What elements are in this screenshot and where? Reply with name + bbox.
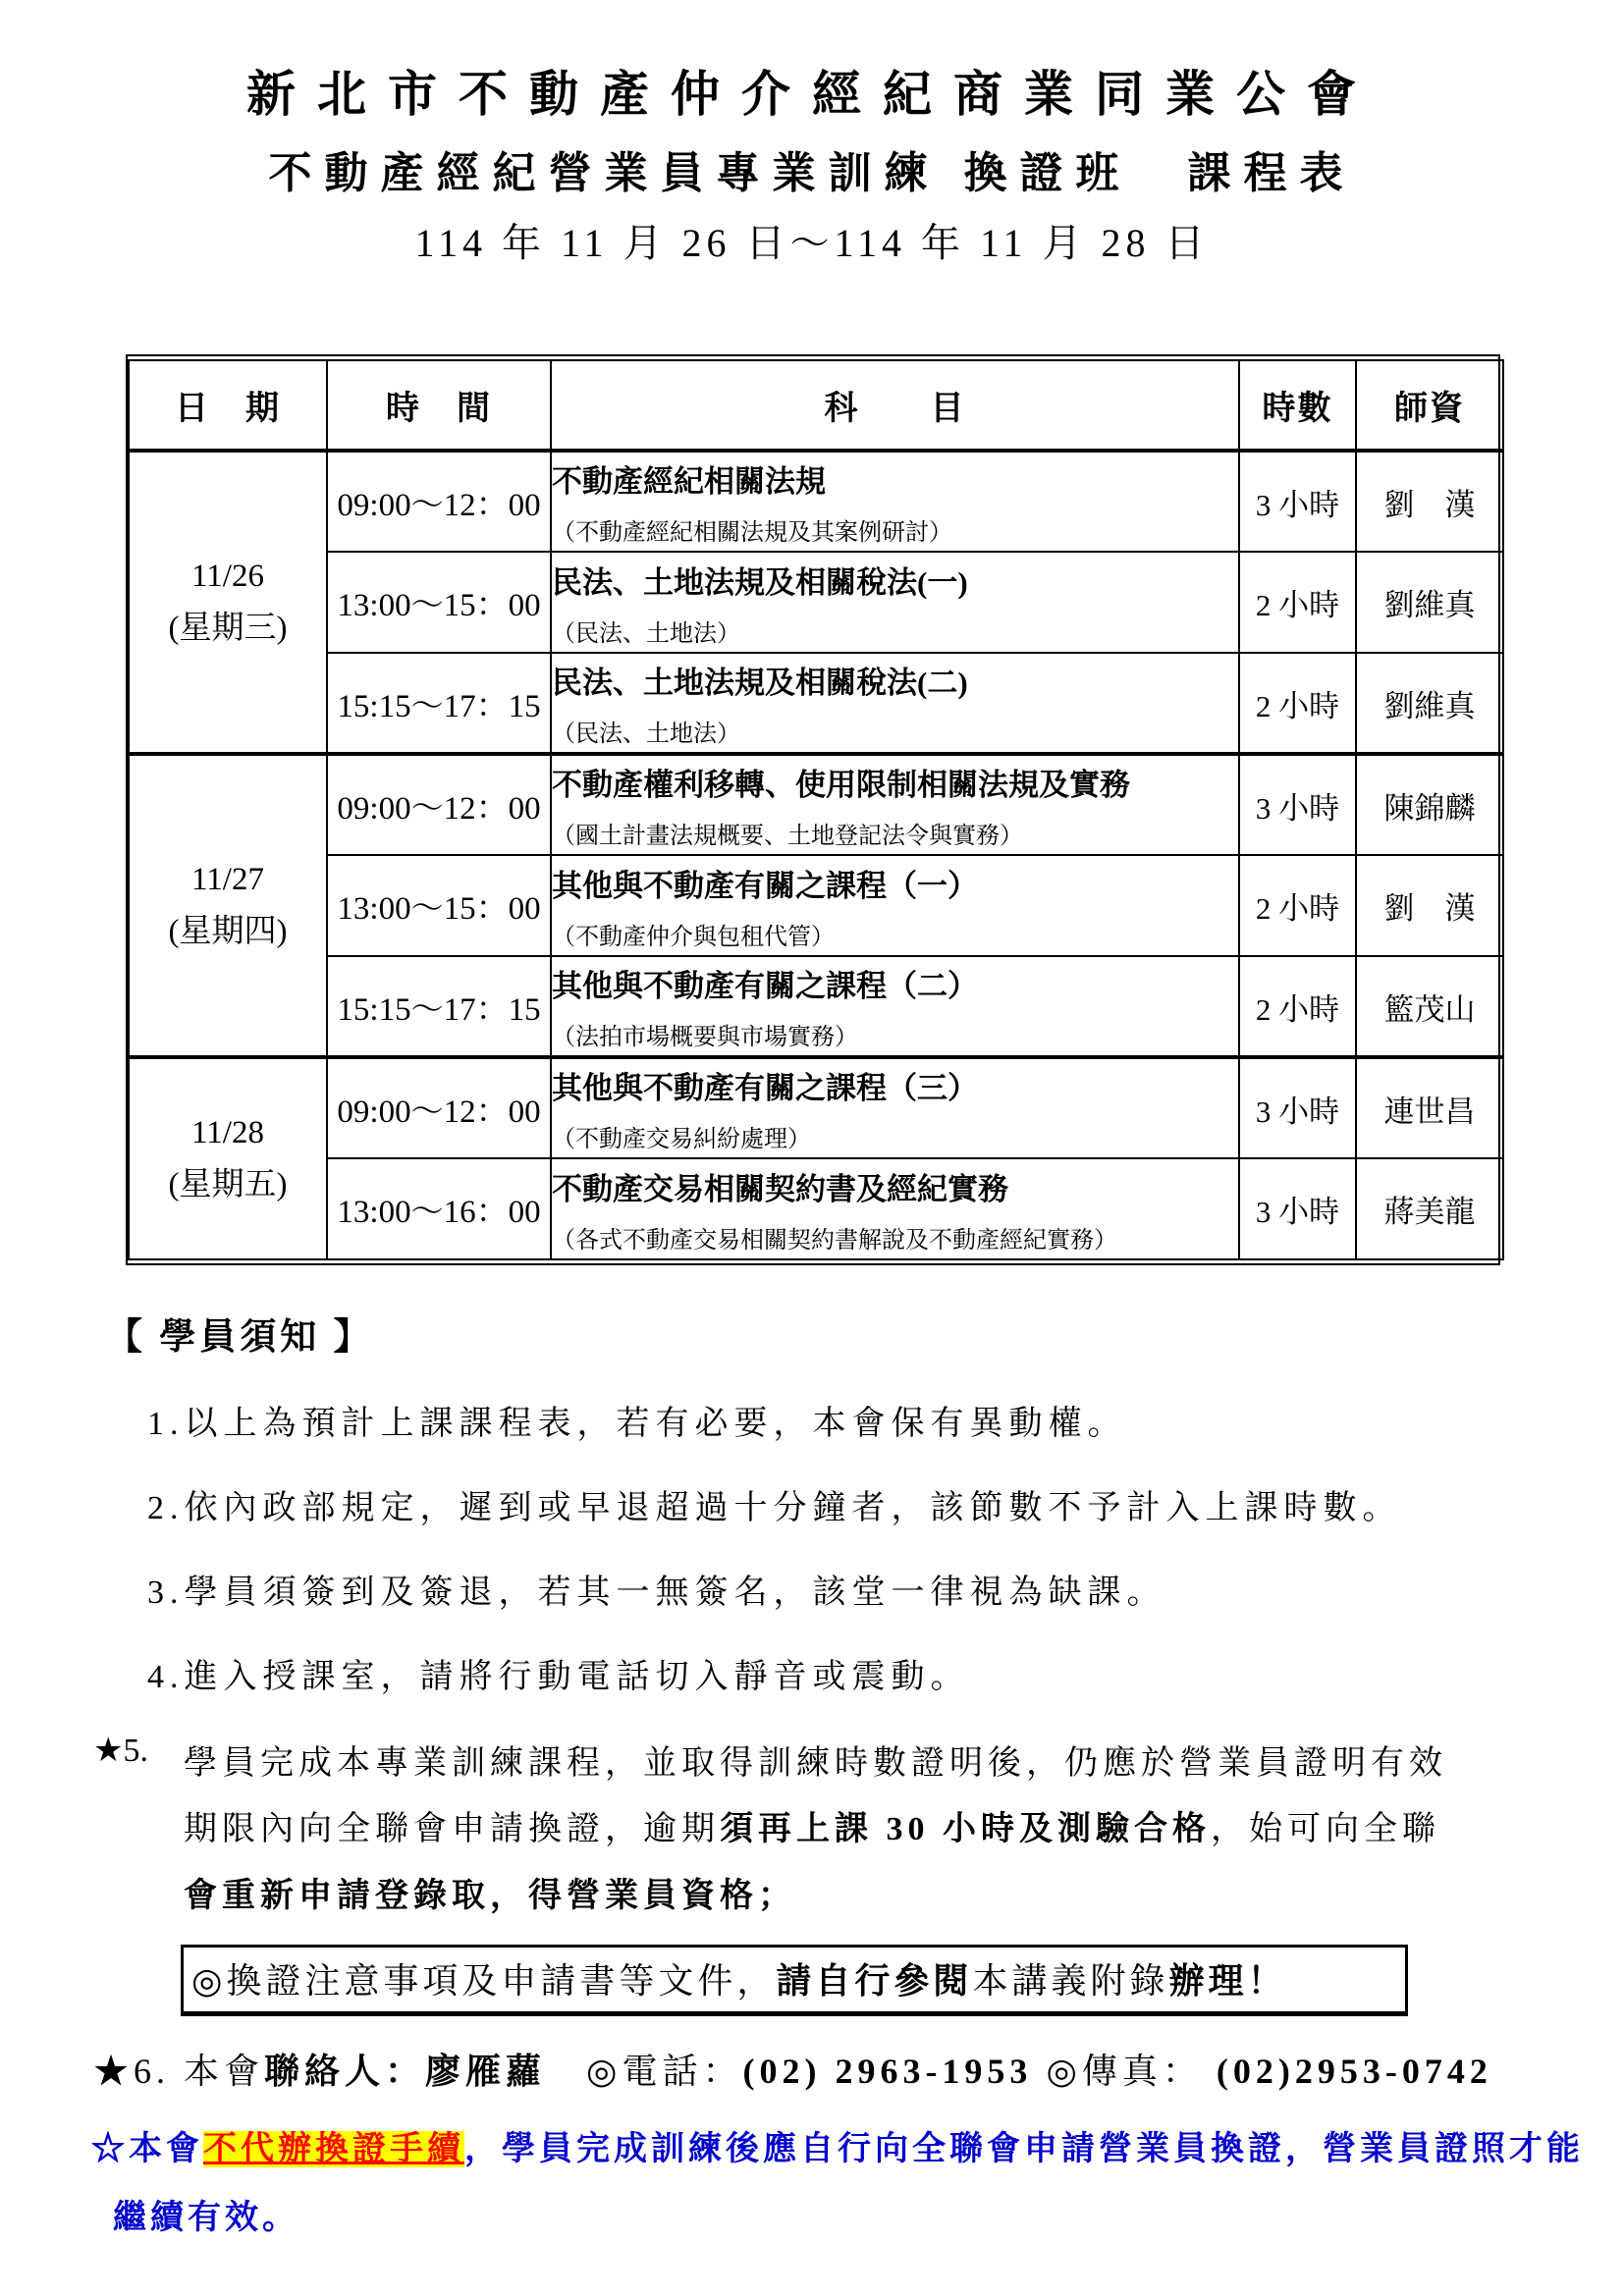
subject-note: （國土計畫法規概要、土地登記法令與實務）: [552, 816, 1238, 850]
subject-cell: 不動產交易相關契約書及經紀實務 （各式不動產交易相關契約書解說及不動產經紀實務）: [551, 1158, 1239, 1259]
date-line2: (星期四): [130, 906, 326, 958]
date-cell: 11/28 (星期五): [129, 1057, 327, 1259]
subject-cell: 其他與不動產有關之課程（三） （不動產交易糾紛處理）: [551, 1057, 1239, 1158]
schedule-table: 日 期 時 間 科 目 時數 師資 11/26 (星期三) 09:00～12：0…: [128, 359, 1504, 1260]
bottom-warning-note: ☆本會不代辦換證手續，學員完成訓練後應自行向全聯會申請營業員換證，營業員證照才能…: [91, 2115, 1624, 2252]
instructor-cell: 陳錦麟: [1356, 754, 1503, 855]
subject-cell: 其他與不動產有關之課程（二） （法拍市場概要與市場實務）: [551, 956, 1239, 1057]
date-line2: (星期三): [130, 603, 326, 655]
box-seg1: ◎換證注意事項及申請書等文件，: [191, 1961, 776, 2001]
subject-note: （各式不動產交易相關契約書解說及不動產經紀實務）: [552, 1220, 1238, 1255]
bottom-highlight: 不代辦換證手續: [203, 2131, 464, 2167]
day-group-1127: 11/27 (星期四) 09:00～12：00 不動產權利移轉、使用限制相關法規…: [129, 754, 1503, 1057]
hours-cell: 2 小時: [1239, 956, 1356, 1057]
instructor-cell: 劉維真: [1356, 653, 1503, 754]
item6-seg1: 本會: [184, 2052, 264, 2091]
table-row: 13:00～15：00 民法、土地法規及相關稅法(一) （民法、土地法） 2 小…: [129, 552, 1503, 653]
time-cell: 09:00～12：00: [327, 1057, 551, 1158]
subject-note: （民法、土地法）: [552, 714, 1238, 748]
col-header-subject: 科 目: [551, 360, 1239, 451]
subject-note: （不動產經紀相關法規及其案例研討）: [552, 512, 1238, 547]
table-row: 15:15～17：15 民法、土地法規及相關稅法(二) （民法、土地法） 2 小…: [129, 653, 1503, 754]
subject-title: 不動產經紀相關法規: [552, 456, 1238, 501]
notice-item-6: ★6. 本會聯絡人：廖雁蘿 ◎電話：(02) 2963-1953 ◎傳真： (0…: [93, 2044, 1624, 2094]
hours-cell: 2 小時: [1239, 552, 1356, 653]
subject-title: 不動產權利移轉、使用限制相關法規及實務: [552, 760, 1238, 804]
date-line2: (星期五): [130, 1159, 326, 1211]
hours-cell: 3 小時: [1239, 1158, 1356, 1259]
subject-cell: 不動產經紀相關法規 （不動產經紀相關法規及其案例研討）: [551, 451, 1239, 552]
date-line1: 11/27: [130, 854, 326, 906]
subject-title: 其他與不動產有關之課程（三）: [552, 1063, 1238, 1107]
day-group-1126: 11/26 (星期三) 09:00～12：00 不動產經紀相關法規 （不動產經紀…: [129, 451, 1503, 754]
box-seg3: 本講義附錄: [972, 1961, 1168, 2001]
instructor-cell: 劉 漢: [1356, 855, 1503, 956]
date-cell: 11/27 (星期四): [129, 754, 327, 1057]
box-seg4: 辦理！: [1168, 1961, 1286, 2001]
item5-line2-normal: 期限內向全聯會申請換證，逾期: [184, 1811, 720, 1847]
table-row: 11/27 (星期四) 09:00～12：00 不動產權利移轉、使用限制相關法規…: [129, 754, 1503, 855]
phone-label: ◎電話：: [546, 2052, 742, 2091]
subject-title: 民法、土地法規及相關稅法(一): [552, 558, 1238, 602]
box-seg2: 請自行參閱: [776, 1961, 972, 2001]
instructor-cell: 籃茂山: [1356, 956, 1503, 1057]
time-cell: 13:00～15：00: [327, 552, 551, 653]
time-cell: 13:00～16：00: [327, 1158, 551, 1259]
col-header-time: 時 間: [327, 360, 551, 451]
table-row: 15:15～17：15 其他與不動產有關之課程（二） （法拍市場概要與市場實務）…: [129, 956, 1503, 1057]
notice-item-4: 4.進入授課室，請將行動電話切入靜音或震動。: [147, 1649, 1624, 1697]
table-row: 13:00～15：00 其他與不動產有關之課程（一） （不動產仲介與包租代管） …: [129, 855, 1503, 956]
subject-title: 其他與不動產有關之課程（一）: [552, 861, 1238, 905]
bottom-warning-line1: ☆本會不代辦換證手續，學員完成訓練後應自行向全聯會申請營業員換證，營業員證照才能: [91, 2115, 1624, 2184]
page-title: 新北市不動產仲介經紀商業同業公會: [0, 0, 1624, 126]
reissue-notice-box: ◎換證注意事項及申請書等文件，請自行參閱本講義附錄辦理！: [181, 1945, 1408, 2016]
instructor-cell: 劉 漢: [1356, 451, 1503, 552]
notice-item-1: 1.以上為預計上課課程表，若有必要，本會保有異動權。: [147, 1396, 1624, 1444]
time-cell: 15:15～17：15: [327, 653, 551, 754]
hours-cell: 3 小時: [1239, 1057, 1356, 1158]
hours-cell: 2 小時: [1239, 653, 1356, 754]
subject-title: 不動產交易相關契約書及經紀實務: [552, 1164, 1238, 1208]
subject-cell: 民法、土地法規及相關稅法(一) （民法、土地法）: [551, 552, 1239, 653]
subject-title: 其他與不動產有關之課程（二）: [552, 961, 1238, 1005]
date-cell: 11/26 (星期三): [129, 451, 327, 754]
star-item6-marker: ★6.: [93, 2052, 170, 2091]
item5-line2-bold: 須再上課 30 小時及測驗合格: [720, 1811, 1211, 1847]
day-group-1128: 11/28 (星期五) 09:00～12：00 其他與不動產有關之課程（三） （…: [129, 1057, 1503, 1259]
subject-note: （法拍市場概要與市場實務）: [552, 1017, 1238, 1051]
fax-label: ◎傳真：: [1032, 2052, 1216, 2091]
hours-cell: 2 小時: [1239, 855, 1356, 956]
col-header-hours: 時數: [1239, 360, 1356, 451]
document-page: 新北市不動產仲介經紀商業同業公會 不動產經紀營業員專業訓練 換證班 課程表 11…: [0, 0, 1624, 2296]
bottom-warning-line2: 繼續有效。: [113, 2184, 1624, 2253]
instructor-cell: 劉維真: [1356, 552, 1503, 653]
date-range: 114 年 11 月 26 日～114 年 11 月 28 日: [0, 212, 1624, 268]
notices-section: 【 學員須知 】 1.以上為預計上課課程表，若有必要，本會保有異動權。 2.依內…: [0, 1307, 1624, 2252]
subject-note: （不動產仲介與包租代管）: [552, 917, 1238, 951]
notice-item5-text: 學員完成本專業訓練課程，並取得訓練時數證明後，仍應於營業員證明有效 期限內向全聯…: [184, 1731, 1447, 1929]
notices-heading: 【 學員須知 】: [106, 1307, 1624, 1360]
fax-number: (02)2953-0742: [1217, 2052, 1492, 2091]
notice-item-5: ★5. 學員完成本專業訓練課程，並取得訓練時數證明後，仍應於營業員證明有效 期限…: [93, 1731, 1624, 1929]
subject-cell: 民法、土地法規及相關稅法(二) （民法、土地法）: [551, 653, 1239, 754]
item5-line3: 會重新申請登錄取，得營業員資格；: [184, 1878, 796, 1914]
subject-note: （民法、土地法）: [552, 614, 1238, 648]
col-header-date: 日 期: [129, 360, 327, 451]
bottom-seg2: ，學員完成訓練後應自行向全聯會申請營業員換證，營業員證照才能: [464, 2131, 1584, 2167]
instructor-cell: 蔣美龍: [1356, 1158, 1503, 1259]
item5-line2-tail: ，始可向全聯: [1211, 1811, 1440, 1847]
time-cell: 15:15～17：15: [327, 956, 551, 1057]
date-line1: 11/28: [130, 1107, 326, 1159]
date-line1: 11/26: [130, 551, 326, 603]
subject-cell: 不動產權利移轉、使用限制相關法規及實務 （國土計畫法規概要、土地登記法令與實務）: [551, 754, 1239, 855]
table-row: 11/28 (星期五) 09:00～12：00 其他與不動產有關之課程（三） （…: [129, 1057, 1503, 1158]
item5-line1: 學員完成本專業訓練課程，並取得訓練時數證明後，仍應於營業員證明有效: [184, 1745, 1447, 1782]
notice-item-3: 3.學員須簽到及簽退，若其一無簽名，該堂一律視為缺課。: [147, 1565, 1624, 1613]
hours-cell: 3 小時: [1239, 754, 1356, 855]
schedule-table-frame: 日 期 時 間 科 目 時數 師資 11/26 (星期三) 09:00～12：0…: [126, 354, 1500, 1265]
subject-note: （不動產交易糾紛處理）: [552, 1119, 1238, 1153]
star-item5-marker: ★5.: [93, 1731, 184, 1929]
phone-number: (02) 2963-1953: [742, 2052, 1032, 2091]
subject-cell: 其他與不動產有關之課程（一） （不動產仲介與包租代管）: [551, 855, 1239, 956]
time-cell: 09:00～12：00: [327, 754, 551, 855]
bottom-seg1: ☆本會: [91, 2131, 203, 2167]
contact-name: 聯絡人：廖雁蘿: [264, 2052, 546, 2091]
page-subtitle: 不動產經紀營業員專業訓練 換證班 課程表: [0, 137, 1624, 200]
col-header-instructor: 師資: [1356, 360, 1503, 451]
notice-item-2: 2.依內政部規定，遲到或早退超過十分鐘者，該節數不予計入上課時數。: [147, 1480, 1624, 1528]
time-cell: 13:00～15：00: [327, 855, 551, 956]
table-header-row: 日 期 時 間 科 目 時數 師資: [129, 360, 1503, 451]
instructor-cell: 連世昌: [1356, 1057, 1503, 1158]
table-row: 11/26 (星期三) 09:00～12：00 不動產經紀相關法規 （不動產經紀…: [129, 451, 1503, 552]
table-row: 13:00～16：00 不動產交易相關契約書及經紀實務 （各式不動產交易相關契約…: [129, 1158, 1503, 1259]
time-cell: 09:00～12：00: [327, 451, 551, 552]
hours-cell: 3 小時: [1239, 451, 1356, 552]
subject-title: 民法、土地法規及相關稅法(二): [552, 658, 1238, 702]
